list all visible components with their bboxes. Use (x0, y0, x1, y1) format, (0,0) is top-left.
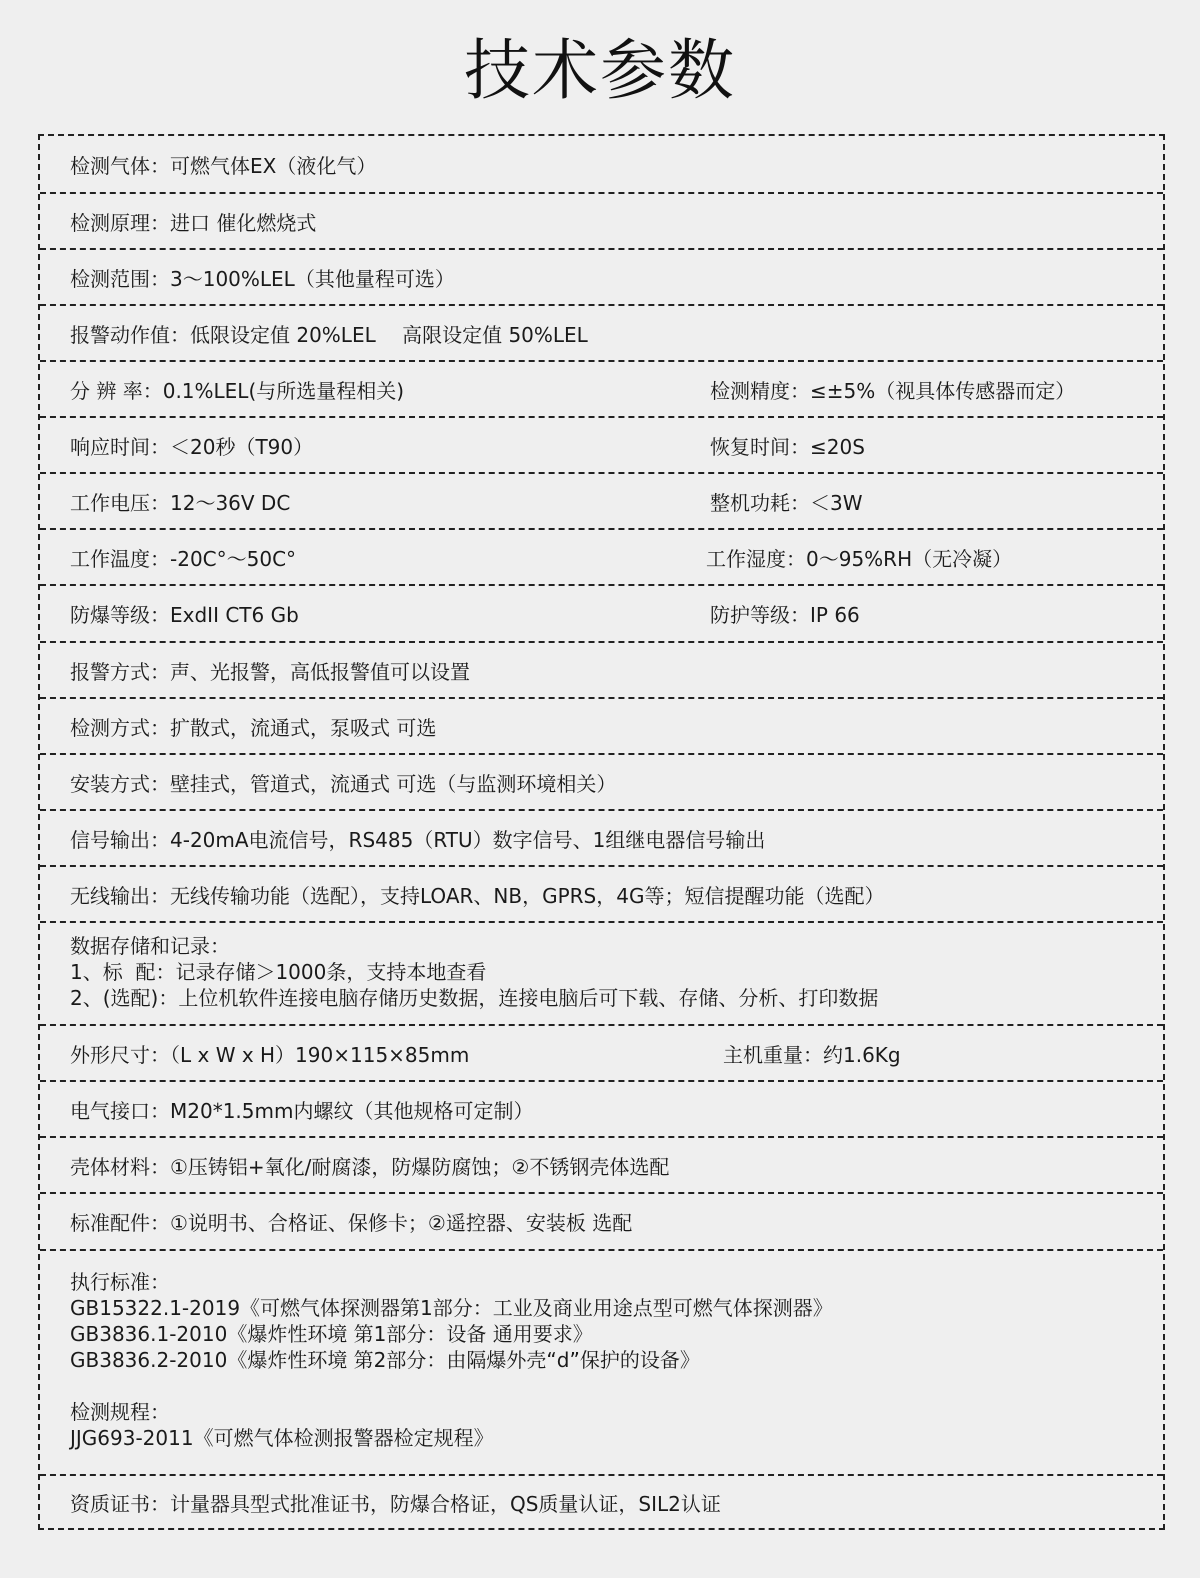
standard-gb15322: GB15322.1-2019《可燃气体探测器第1部分：工业及商业用途点型可燃气体… (70, 1295, 1163, 1321)
standards-spacer (70, 1373, 1163, 1399)
spec-ip-rating: 防护等级：IP 66 (710, 599, 860, 628)
spec-table: 检测气体：可燃气体EX（液化气） 检测原理：进口 催化燃烧式 检测范围：3～10… (38, 134, 1165, 1530)
page-title: 技术参数 (0, 26, 1200, 116)
spec-installation: 安装方式：壁挂式，管道式，流通式 可选（与监测环境相关） (70, 768, 616, 797)
spec-electrical-interface: 电气接口：M20*1.5mm内螺纹（其他规格可定制） (70, 1095, 533, 1124)
standard-gb3836-1: GB3836.1-2010《爆炸性环境 第1部分：设备 通用要求》 (70, 1321, 1163, 1347)
spec-row-housing-material: 壳体材料：①压铸铝+氧化/耐腐漆，防爆防腐蚀；②不锈钢壳体选配 (40, 1136, 1163, 1192)
regulation-heading: 检测规程： (70, 1399, 1163, 1425)
spec-row-response-recovery: 响应时间：＜20秒（T90） 恢复时间：≤20S (40, 416, 1163, 472)
spec-row-resolution-accuracy: 分 辨 率：0.1%LEL(与所选量程相关) 检测精度：≤±5%（视具体传感器而… (40, 360, 1163, 416)
spec-row-voltage-power: 工作电压：12～36V DC 整机功耗：＜3W (40, 472, 1163, 528)
data-storage-optional: 2、(选配)：上位机软件连接电脑存储历史数据，连接电脑后可下载、存储、分析、打印… (70, 985, 1163, 1011)
spec-resolution: 分 辨 率：0.1%LEL(与所选量程相关) (70, 375, 404, 404)
spec-recovery-time: 恢复时间：≤20S (710, 431, 865, 460)
spec-row-certificates: 资质证书：计量器具型式批准证书，防爆合格证，QS质量认证，SIL2认证 (40, 1474, 1163, 1528)
spec-row-detection-mode: 检测方式：扩散式，流通式，泵吸式 可选 (40, 697, 1163, 753)
spec-row-wireless-output: 无线输出：无线传输功能（选配），支持LOAR、NB，GPRS，4G等；短信提醒功… (40, 865, 1163, 921)
spec-detection-mode: 检测方式：扩散式，流通式，泵吸式 可选 (70, 712, 436, 741)
spec-accessories: 标准配件：①说明书、合格证、保修卡；②遥控器、安装板 选配 (70, 1207, 632, 1236)
spec-row-dimensions-weight: 外形尺寸：（L x W x H）190×115×85mm 主机重量：约1.6Kg (40, 1024, 1163, 1080)
spec-row-electrical-interface: 电气接口：M20*1.5mm内螺纹（其他规格可定制） (40, 1080, 1163, 1136)
spec-row-alarm-mode: 报警方式：声、光报警，高低报警值可以设置 (40, 641, 1163, 697)
spec-humidity: 工作湿度：0～95%RH（无冷凝） (706, 543, 1012, 572)
spec-power: 整机功耗：＜3W (710, 487, 863, 516)
data-storage-standard: 1、标 配：记录存储＞1000条，支持本地查看 (70, 959, 1163, 985)
spec-row-detection-gas: 检测气体：可燃气体EX（液化气） (40, 136, 1163, 192)
spec-housing-material: 壳体材料：①压铸铝+氧化/耐腐漆，防爆防腐蚀；②不锈钢壳体选配 (70, 1151, 669, 1180)
spec-temperature: 工作温度：-20C°～50C° (70, 543, 296, 572)
spec-response-time: 响应时间：＜20秒（T90） (70, 431, 313, 460)
spec-row-detection-principle: 检测原理：进口 催化燃烧式 (40, 192, 1163, 248)
data-storage-heading: 数据存储和记录： (70, 933, 1163, 959)
spec-row-alarm-values: 报警动作值：低限设定值 20%LEL 高限设定值 50%LEL (40, 304, 1163, 360)
regulation-jjg693: JJG693-2011《可燃气体检测报警器检定规程》 (70, 1425, 1163, 1451)
spec-row-accessories: 标准配件：①说明书、合格证、保修卡；②遥控器、安装板 选配 (40, 1192, 1163, 1249)
spec-explosion-rating: 防爆等级：ExdII CT6 Gb (70, 599, 299, 628)
spec-signal-output: 信号输出：4-20mA电流信号，RS485（RTU）数字信号、1组继电器信号输出 (70, 824, 765, 853)
spec-alarm-values: 报警动作值：低限设定值 20%LEL 高限设定值 50%LEL (70, 319, 588, 348)
spec-row-temp-humidity: 工作温度：-20C°～50C° 工作湿度：0～95%RH（无冷凝） (40, 528, 1163, 584)
spec-certificates: 资质证书：计量器具型式批准证书，防爆合格证，QS质量认证，SIL2认证 (70, 1488, 721, 1517)
spec-detection-gas: 检测气体：可燃气体EX（液化气） (70, 150, 376, 179)
spec-detection-principle: 检测原理：进口 催化燃烧式 (70, 207, 316, 236)
spec-row-ex-ip: 防爆等级：ExdII CT6 Gb 防护等级：IP 66 (40, 584, 1163, 641)
spec-row-signal-output: 信号输出：4-20mA电流信号，RS485（RTU）数字信号、1组继电器信号输出 (40, 809, 1163, 865)
spec-row-data-storage: 数据存储和记录： 1、标 配：记录存储＞1000条，支持本地查看 2、(选配)：… (40, 921, 1163, 1024)
spec-row-detection-range: 检测范围：3～100%LEL（其他量程可选） (40, 248, 1163, 304)
spec-weight: 主机重量：约1.6Kg (723, 1039, 901, 1068)
spec-alarm-mode: 报警方式：声、光报警，高低报警值可以设置 (70, 656, 470, 685)
spec-dimensions: 外形尺寸：（L x W x H）190×115×85mm (70, 1039, 469, 1068)
spec-voltage: 工作电压：12～36V DC (70, 487, 290, 516)
standards-heading: 执行标准： (70, 1269, 1163, 1295)
spec-row-installation: 安装方式：壁挂式，管道式，流通式 可选（与监测环境相关） (40, 753, 1163, 809)
spec-accuracy: 检测精度：≤±5%（视具体传感器而定） (710, 375, 1075, 404)
spec-detection-range: 检测范围：3～100%LEL（其他量程可选） (70, 263, 455, 292)
spec-wireless-output: 无线输出：无线传输功能（选配），支持LOAR、NB，GPRS，4G等；短信提醒功… (70, 880, 884, 909)
standard-gb3836-2: GB3836.2-2010《爆炸性环境 第2部分：由隔爆外壳“d”保护的设备》 (70, 1347, 1163, 1373)
spec-row-standards: 执行标准： GB15322.1-2019《可燃气体探测器第1部分：工业及商业用途… (40, 1249, 1163, 1474)
